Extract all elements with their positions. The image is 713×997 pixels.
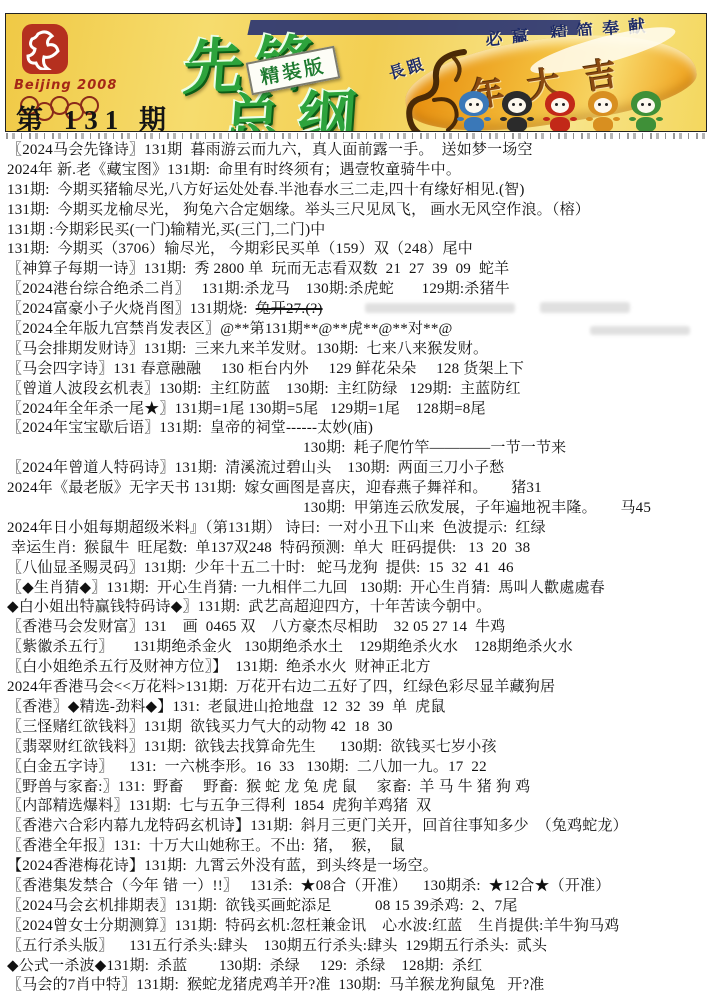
smudge-mark — [365, 303, 515, 313]
text-line: 〖◆生肖猜◆〗131期: 开心生肖猜: 一九相伴二九回 130期: 开心生肖猜:… — [7, 579, 711, 599]
text-line: 〖野兽与家畜:〗131: 野畜 野畜: 猴 蛇 龙 兔 虎 鼠 家畜: 羊 马 … — [7, 778, 711, 798]
text-line: 〖八仙显圣赐灵码〗131期: 少年十五二十时: 蛇马龙狗 提供: 15 32 4… — [7, 559, 711, 579]
text-line: 〖神算子每期一诗〗131期: 秀 2800 单 玩而无志看双数 21 27 39… — [7, 260, 711, 280]
text-line: 131期: 今期买猪输尽光,八方好运处处春.半池春水三二走,四十有缘好相见.(智… — [7, 181, 711, 201]
text-line: 〖香港〗◆精选-劲料◆】131: 老鼠进山抢地盘 12 32 39 单 虎鼠 — [7, 698, 711, 718]
text-line: 2024年日小姐每期超级米料』（第131期） 诗曰: 一对小丑下山来 色波提示:… — [7, 519, 711, 539]
text-line: 2024年 新.老《藏宝图》131期: 命里有时终须有；遇壹牧童骑牛中。 — [7, 161, 711, 181]
mascot-yingying-orange-icon — [587, 91, 619, 132]
text-line: 〖马会的7肖中特〗131期: 猴蛇龙猪虎鸡羊开?准 130期: 马羊猴龙狗鼠兔 … — [7, 976, 711, 996]
text-line: 130期: 耗子爬竹竿————一节一节来 — [7, 439, 711, 459]
text-line: 〖2024年宝宝歇后语〗131期: 皇帝的祠堂------太妙(庙) — [7, 419, 711, 439]
body-text: 〖2024马会先锋诗〗131期 暮雨游云而九六，真人面前露一手。 送如梦一场空2… — [7, 141, 711, 996]
text-line: 〖内部精选爆料〗131期: 七与五争三得利 1854 虎狗羊鸡猪 双 — [7, 797, 711, 817]
line-text: 〖2024富豪小子火烧肖图〗131期烧: — [7, 301, 256, 317]
text-line: 〖香港集发禁合（今年 错 一）!!〗 131杀: ★08合（开准） 130期杀:… — [7, 877, 711, 897]
text-line: ◆公式一杀波◆131期: 杀蓝 130期: 杀绿 129: 杀绿 128期: 杀… — [7, 957, 711, 977]
text-line: 〖2024港台综合绝杀二肖〗 131期:杀龙马 130期:杀虎蛇 129期:杀猪… — [7, 280, 711, 300]
text-line: 〖三怪赌红欲钱料〗131期 欲钱买力气大的动物 42 18 30 — [7, 718, 711, 738]
text-line: 131期: 今期买（3706）输尽光， 今期彩民买单（159）双（248）尾中 — [7, 240, 711, 260]
emblem-seal-icon — [22, 24, 68, 74]
text-line: 〖紫徽杀五行〗 131期绝杀金火 130期绝杀水土 129期绝杀火水 128期绝… — [7, 638, 711, 658]
text-line: 〖香港马会发财富〗131 画 0465 双 八方豪杰尽相助 32 05 27 1… — [7, 618, 711, 638]
mascot-huanhuan-red-icon — [544, 91, 576, 132]
text-line: 〖马会排期发财诗〗131期: 三来九来羊发财。130期: 七来八来猴发财。 — [7, 340, 711, 360]
mascot-beibei-blue-icon — [458, 91, 490, 132]
text-line: 幸运生肖: 猴鼠牛 旺尾数: 单137双248 特码预测: 单大 旺码提供: 1… — [7, 539, 711, 559]
text-line: 〖2024年全年杀一尾★〗131期=1尾 130期=5尾 129期=1尾 128… — [7, 400, 711, 420]
text-line: 〖香港六合彩内幕九龙特码玄机诗】131期: 斜月三更门关开，回首往事知多少 （兔… — [7, 817, 711, 837]
mascot-nini-green-icon — [630, 91, 662, 132]
text-line: 〖马会四字诗〗131 春意融融 130 柜台内外 129 鲜花朵朵 128 货架… — [7, 360, 711, 380]
masthead-banner: Beijing 2008 第 131 期 先锋 总纲 精装版 必赢 精简奉献 長… — [5, 13, 707, 132]
text-line: 2024年香港马会<<万花料>131期: 万花开右边二五好了四，红绿色彩尽显羊藏… — [7, 678, 711, 698]
text-line: 〖五行杀头版〗 131五行杀头:肆头 130期五行杀头:肆头 129期五行杀头:… — [7, 937, 711, 957]
text-line: 〖白金五字诗〗 131: 一六桃李形。16 33 130期: 二八加一九。17 … — [7, 758, 711, 778]
text-line: 〖2024年曾道人特码诗〗131期: 清溪流过碧山头 130期: 两面三刀小子愁 — [7, 459, 711, 479]
fuwa-mascots-row — [458, 91, 662, 132]
text-line: 130期: 甲第连云欣发展，子年遍地祝丰隆。 马45 — [7, 499, 711, 519]
issue-number: 第 131 期 — [16, 98, 173, 132]
scanned-lottery-sheet: Beijing 2008 第 131 期 先锋 总纲 精装版 必赢 精简奉献 長… — [0, 0, 713, 997]
emblem-script-text: Beijing 2008 — [14, 78, 164, 93]
text-line: 2024年《最老版》无字天书 131期: 嫁女画图是喜庆，迎春燕子舞祥和。 猪3… — [7, 479, 711, 499]
text-line: 〖2024马会先锋诗〗131期 暮雨游云而九六，真人面前露一手。 送如梦一场空 — [7, 141, 711, 161]
smudge-mark — [590, 326, 690, 335]
text-line: 131期: 今期买龙榆尽光， 狗兔六合定姻缘。举头三尺见凤飞， 画水无风空作浪。… — [7, 201, 711, 221]
text-line: 〖2024曾女士分期测算〗131期: 特码玄机:忽枉兼金讯 心水波:红蓝 生肖提… — [7, 917, 711, 937]
text-line: ◆白小姐出特赢钱特码诗◆〗131期: 武艺高超迎四方，十年苦读今朝中。 — [7, 598, 711, 618]
text-line: 〖香港全年报〗131: 十万大山她称王。不出: 猪， 猴， 鼠 — [7, 837, 711, 857]
text-line: 【2024香港梅花诗】131期: 九霄云外没有蓝，到头终是一场空。 — [7, 857, 711, 877]
scan-noise-strip — [6, 133, 706, 139]
smudge-mark — [540, 302, 630, 313]
text-line: 〖白小姐绝杀五行及财神方位〗】 131期: 绝杀水火 财神正北方 — [7, 658, 711, 678]
text-line: 〖曾道人波段玄机表〗130期: 主红防蓝 130期: 主红防绿 129期: 主蓝… — [7, 380, 711, 400]
text-line: 〖翡翠财红欲钱料〗131期: 欲钱去找算命先生 130期: 欲钱买七岁小孩 — [7, 738, 711, 758]
text-line: 〖2024马会玄机排期表〗131期: 欲钱买画蛇添足 08 15 39杀鸡: 2… — [7, 897, 711, 917]
mascot-jingjing-panda-icon — [501, 91, 533, 132]
struck-text: 兔开27.(?) — [256, 301, 323, 317]
text-line: 131期 :今期彩民买(一门)输精光,买(三门,二门)中 — [7, 221, 711, 241]
